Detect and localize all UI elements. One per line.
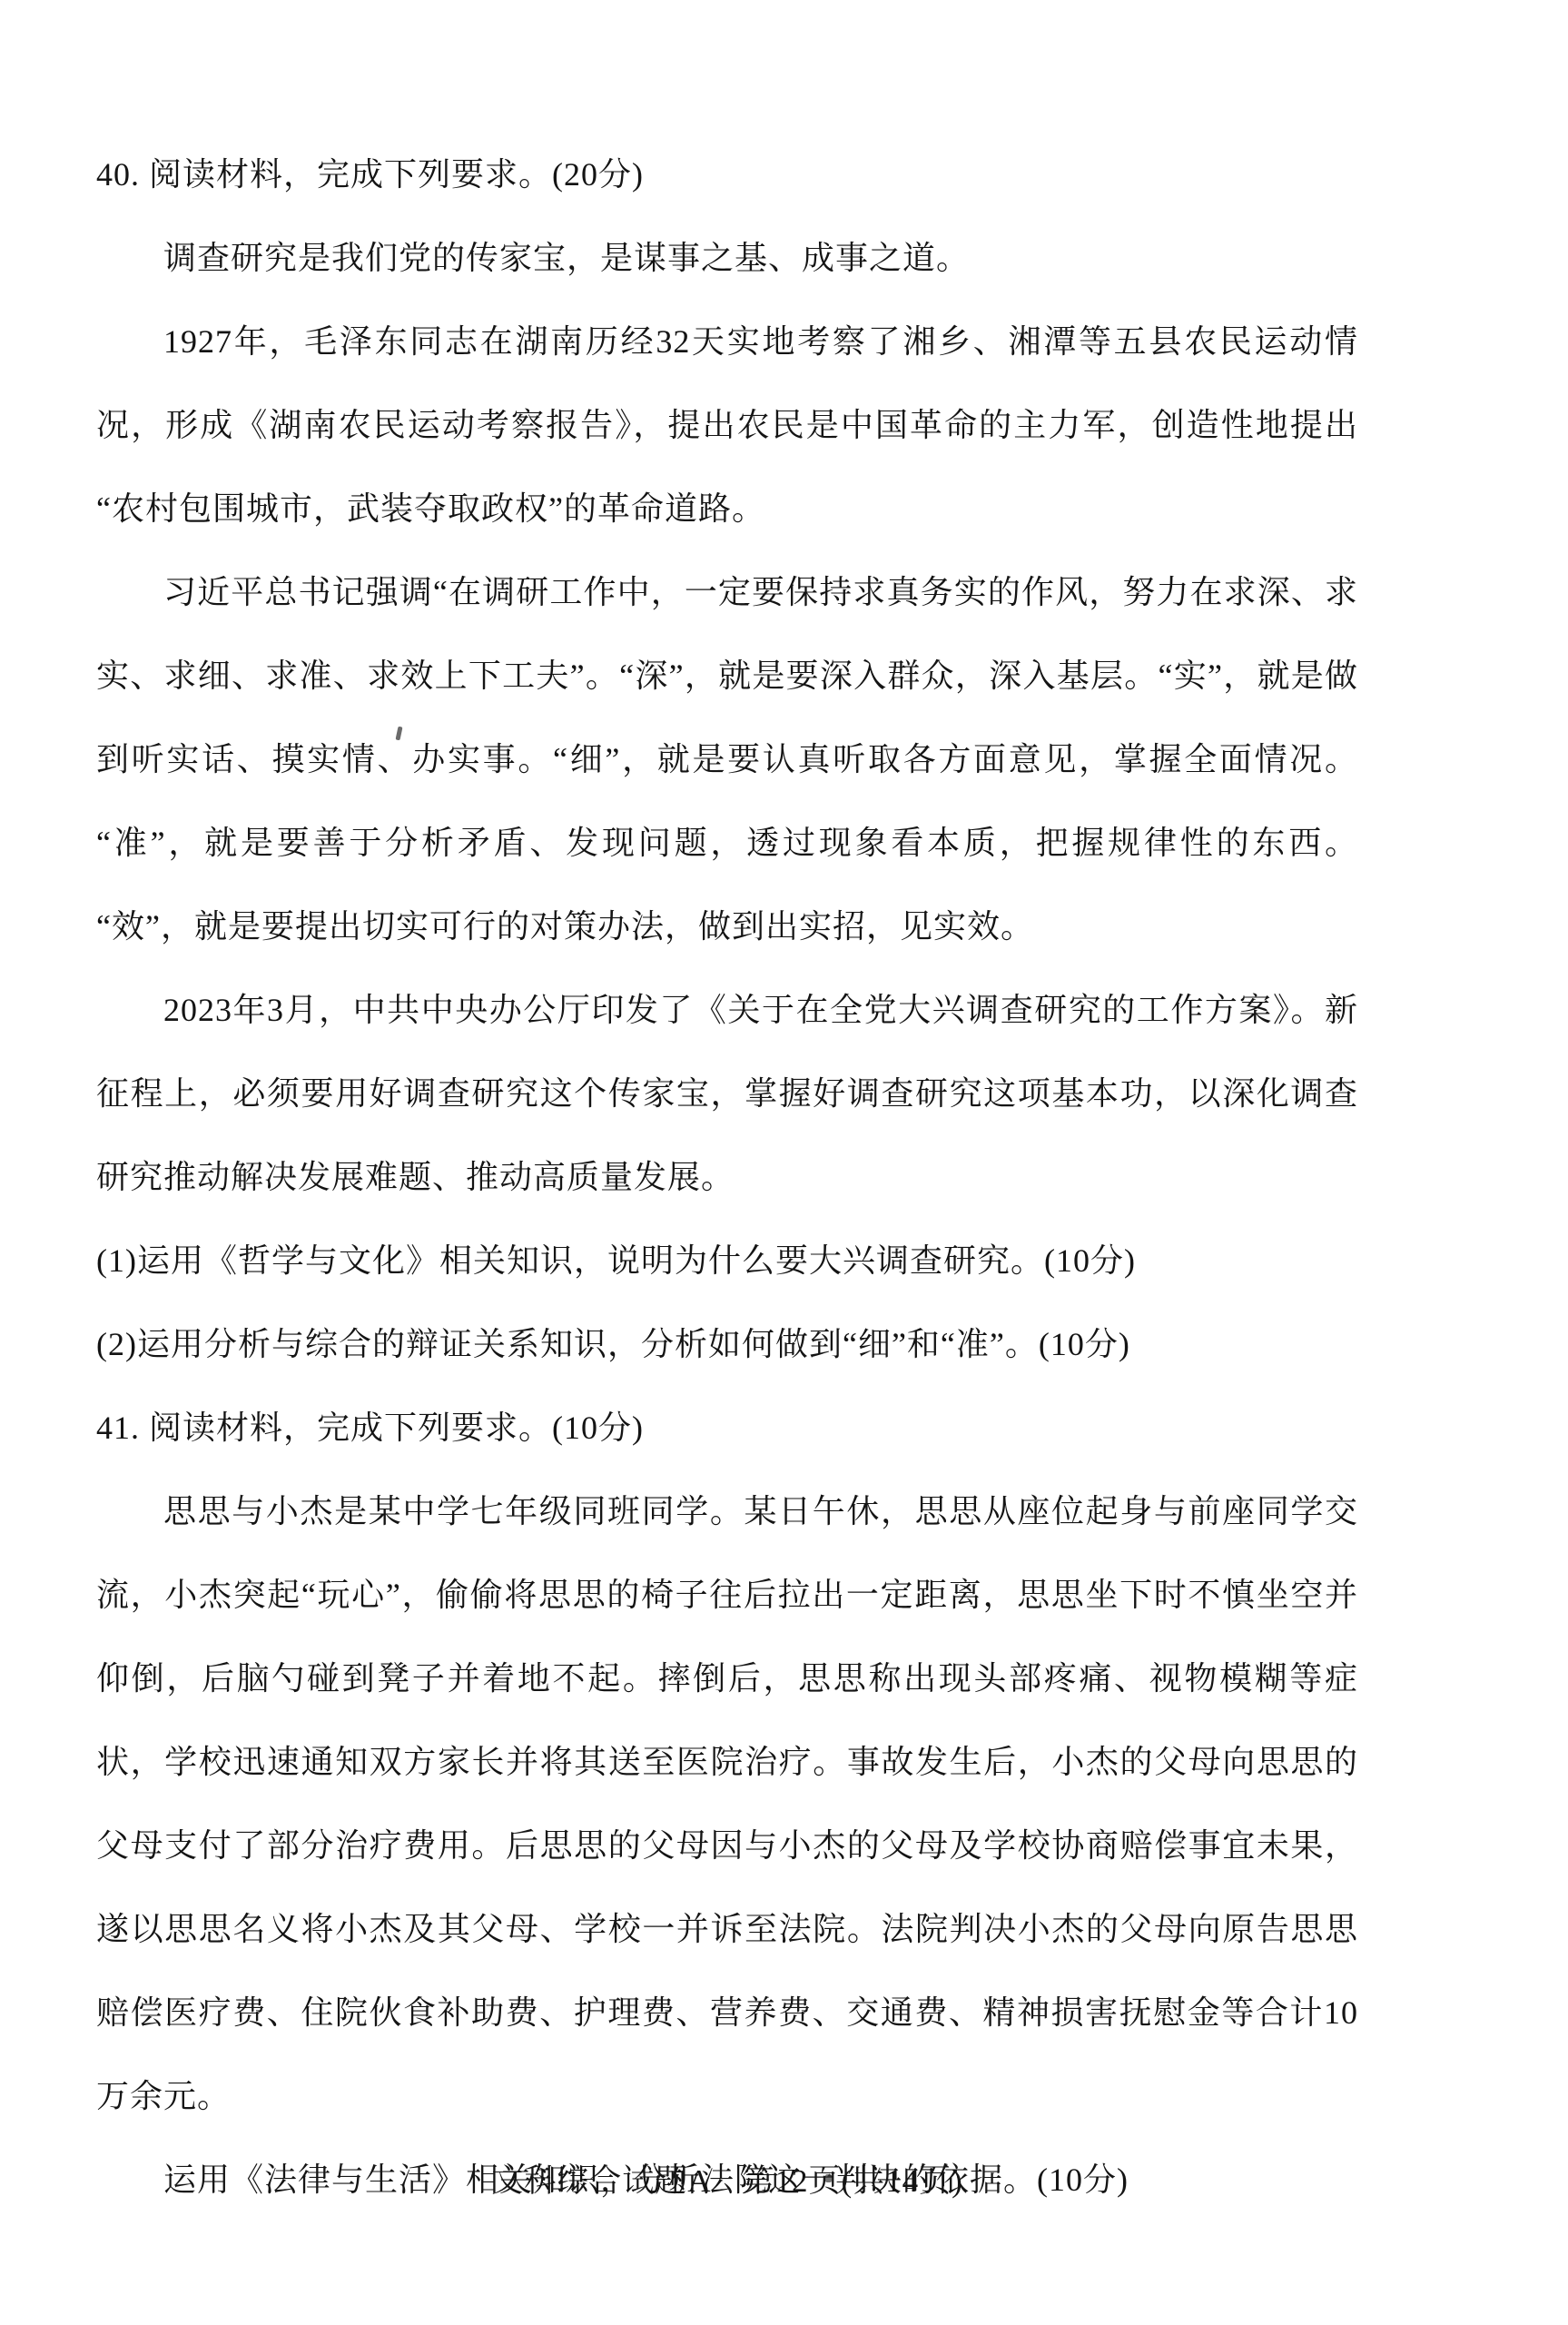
footer-page-number: 第12页(共14页)	[742, 2163, 962, 2199]
q40-material-paragraph-4: 2023年3月，中共中央办公厅印发了《关于在全党大兴调查研究的工作方案》。新征程…	[96, 968, 1358, 1219]
scan-artifact	[825, 2174, 832, 2182]
footer-doc-title: 文科综合试题A	[491, 2163, 711, 2199]
q40-material-paragraph-3: 习近平总书记强调“在调研工作中，一定要保持求真务实的作风，努力在求深、求实、求细…	[96, 550, 1358, 968]
q41-material-paragraph-1: 思思与小杰是某中学七年级同班同学。某日午休，思思从座位起身与前座同学交流，小杰突…	[96, 1469, 1358, 2138]
q40-subquestion-1: (1)运用《哲学与文化》相关知识，说明为什么要大兴调查研究。(10分)	[96, 1219, 1358, 1302]
question-40-header: 40. 阅读材料，完成下列要求。(20分)	[96, 133, 1358, 216]
q40-subquestion-2: (2)运用分析与综合的辩证关系知识，分析如何做到“细”和“准”。(10分)	[96, 1302, 1358, 1386]
exam-page: 40. 阅读材料，完成下列要求。(20分) 调查研究是我们党的传家宝，是谋事之基…	[0, 0, 1568, 2325]
page-footer: 文科综合试题A第12页(共14页)	[96, 2140, 1358, 2223]
exam-content: 40. 阅读材料，完成下列要求。(20分) 调查研究是我们党的传家宝，是谋事之基…	[96, 133, 1358, 2221]
q40-material-paragraph-2: 1927年，毛泽东同志在湖南历经32天实地考察了湘乡、湘潭等五县农民运动情况，形…	[96, 300, 1358, 550]
question-41-header: 41. 阅读材料，完成下列要求。(10分)	[96, 1386, 1358, 1469]
q40-material-paragraph-1: 调查研究是我们党的传家宝，是谋事之基、成事之道。	[96, 216, 1358, 300]
